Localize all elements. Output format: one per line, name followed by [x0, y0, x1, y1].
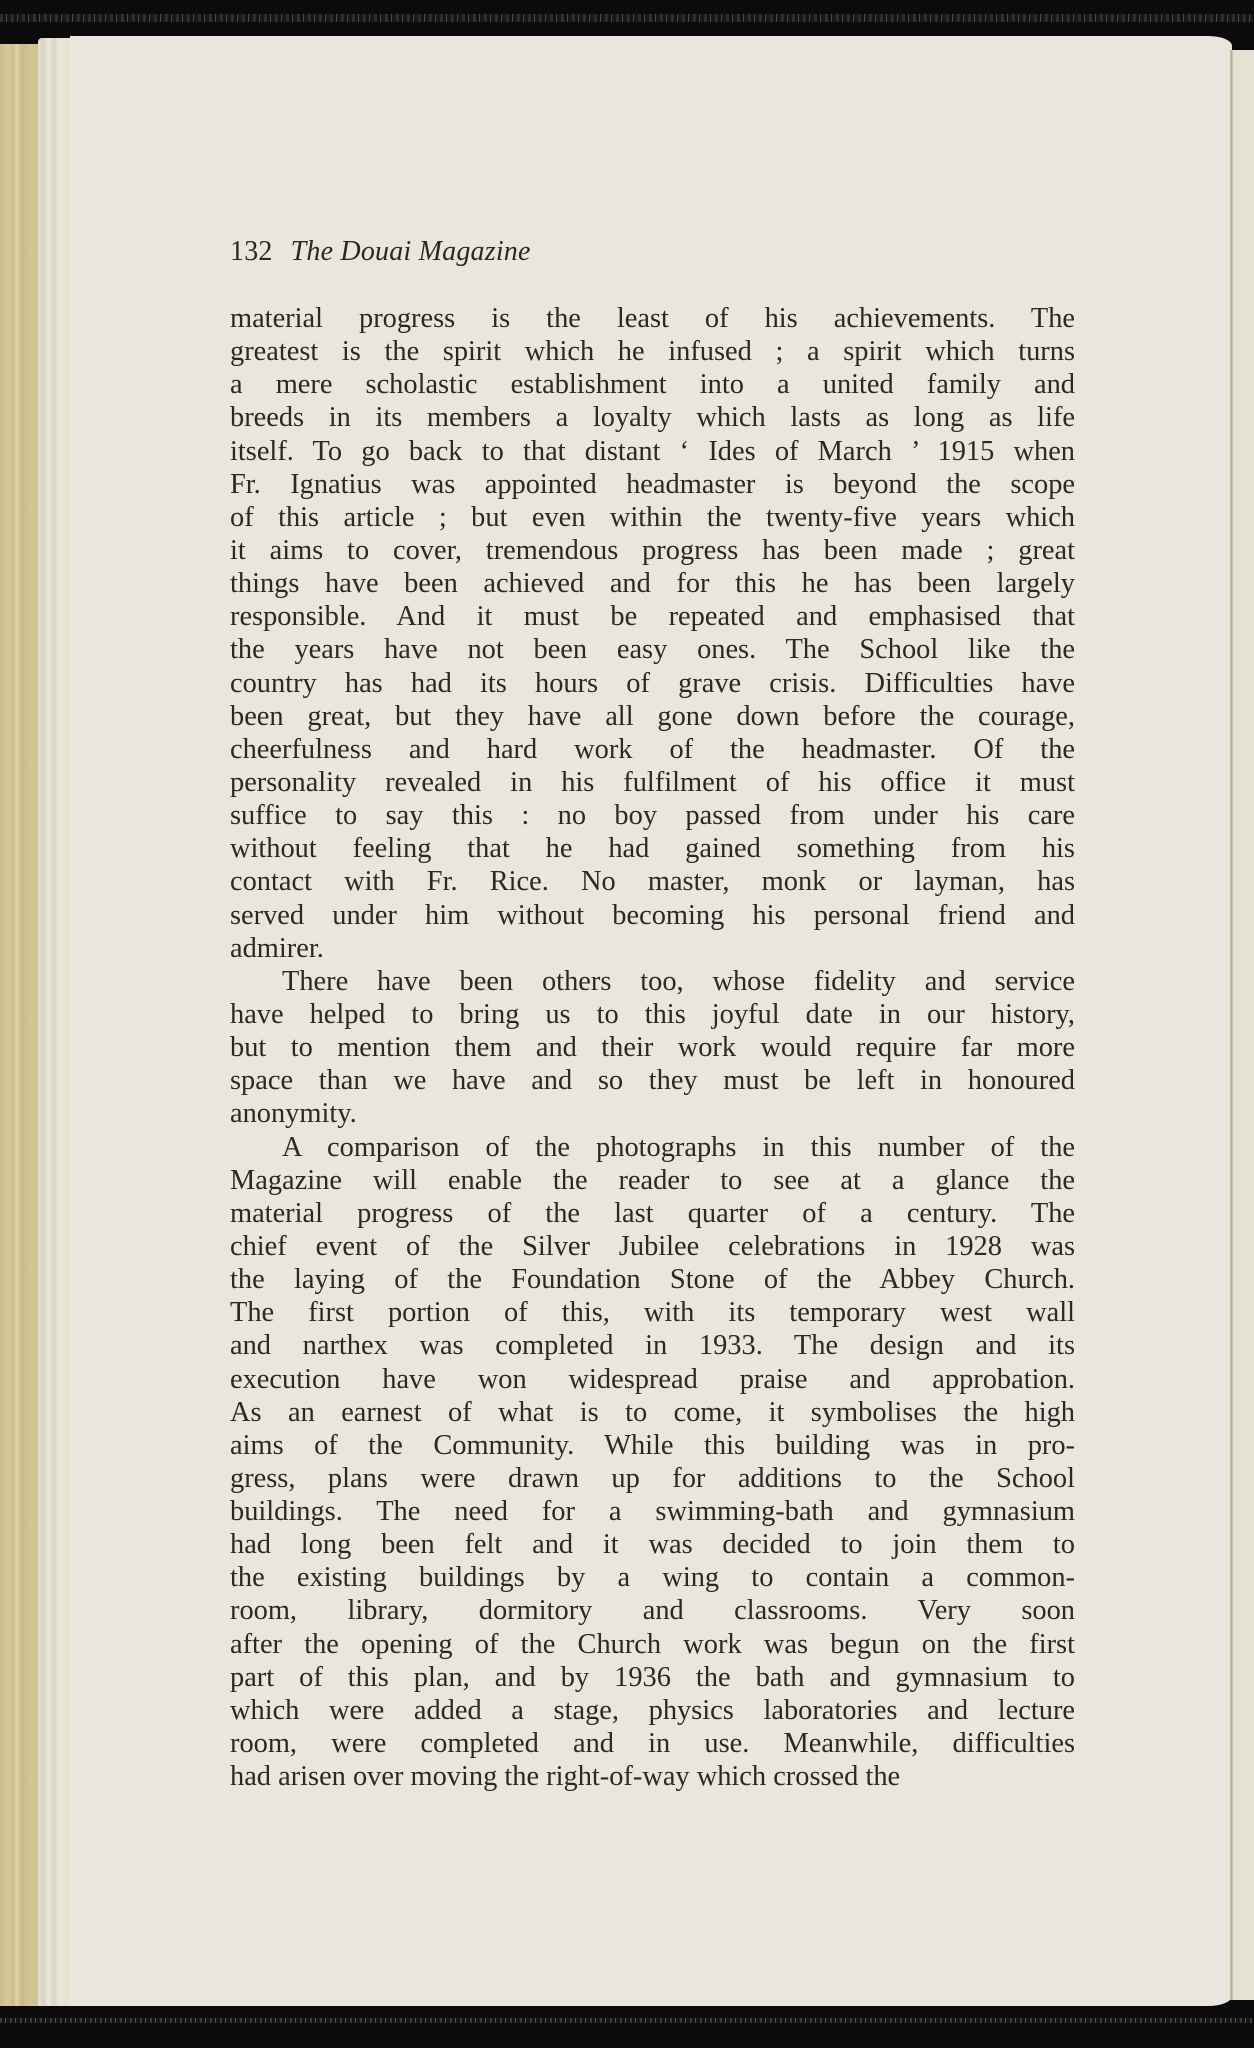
text-line: the laying of the Foundation Stone of th… [230, 1263, 1075, 1296]
article-body: material progress is the least of his ac… [230, 302, 1075, 1793]
text-line: As an earnest of what is to come, it sym… [230, 1396, 1075, 1429]
text-line: personality revealed in his fulfilment o… [230, 766, 1075, 799]
text-line: contact with Fr. Rice. No master, monk o… [230, 865, 1075, 898]
book-scan: 132The Douai Magazine material progress … [0, 0, 1254, 2048]
text-line: a mere scholastic establishment into a u… [230, 368, 1075, 401]
binding-bottom-edge [0, 2018, 1254, 2023]
binding-top-edge [0, 14, 1254, 22]
text-line: greatest is the spirit which he infused … [230, 335, 1075, 368]
text-line: anonymity. [230, 1097, 1075, 1130]
gutter-fold [1230, 50, 1233, 2000]
text-line: been great, but they have all gone down … [230, 700, 1075, 733]
text-line: Fr. Ignatius was appointed headmaster is… [230, 468, 1075, 501]
text-line: There have been others too, whose fideli… [230, 965, 1075, 998]
publication-title: The Douai Magazine [291, 236, 531, 267]
text-line: room, were completed and in use. Meanwhi… [230, 1727, 1075, 1760]
text-line: it aims to cover, tremendous progress ha… [230, 534, 1075, 567]
text-line: but to mention them and their work would… [230, 1031, 1075, 1064]
text-line: itself. To go back to that distant ‘ Ide… [230, 435, 1075, 468]
text-line: A comparison of the photographs in this … [230, 1131, 1075, 1164]
text-line: space than we have and so they must be l… [230, 1064, 1075, 1097]
text-line: admirer. [230, 932, 1075, 965]
text-line: responsible. And it must be repeated and… [230, 600, 1075, 633]
text-line: part of this plan, and by 1936 the bath … [230, 1661, 1075, 1694]
page-edge-stack-inner [38, 38, 72, 2006]
text-line: material progress is the least of his ac… [230, 302, 1075, 335]
text-line: and narthex was completed in 1933. The d… [230, 1329, 1075, 1362]
text-line: room, library, dormitory and classrooms.… [230, 1594, 1075, 1627]
text-line: gress, plans were drawn up for additions… [230, 1462, 1075, 1495]
facing-page-sliver [1233, 50, 1254, 2000]
text-line: aims of the Community. While this buildi… [230, 1429, 1075, 1462]
text-line: The first portion of this, with its temp… [230, 1296, 1075, 1329]
text-line: Magazine will enable the reader to see a… [230, 1164, 1075, 1197]
text-line: had long been felt and it was decided to… [230, 1528, 1075, 1561]
text-line: execution have won widespread praise and… [230, 1363, 1075, 1396]
text-line: had arisen over moving the right-of-way … [230, 1760, 1075, 1793]
page-number: 132 [230, 236, 273, 267]
text-line: the years have not been easy ones. The S… [230, 633, 1075, 666]
running-head: 132The Douai Magazine [230, 236, 531, 268]
text-line: things have been achieved and for this h… [230, 567, 1075, 600]
text-line: buildings. The need for a swimming-bath … [230, 1495, 1075, 1528]
text-line: the existing buildings by a wing to cont… [230, 1561, 1075, 1594]
text-line: material progress of the last quarter of… [230, 1197, 1075, 1230]
text-line: without feeling that he had gained somet… [230, 832, 1075, 865]
text-line: suffice to say this : no boy passed from… [230, 799, 1075, 832]
text-line: of this article ; but even within the tw… [230, 501, 1075, 534]
text-line: have helped to bring us to this joyful d… [230, 998, 1075, 1031]
text-line: country has had its hours of grave crisi… [230, 667, 1075, 700]
text-line: after the opening of the Church work was… [230, 1628, 1075, 1661]
text-line: cheerfulness and hard work of the headma… [230, 733, 1075, 766]
text-line: served under him without becoming his pe… [230, 899, 1075, 932]
text-line: breeds in its members a loyalty which la… [230, 401, 1075, 434]
text-line: which were added a stage, physics labora… [230, 1694, 1075, 1727]
text-line: chief event of the Silver Jubilee celebr… [230, 1230, 1075, 1263]
